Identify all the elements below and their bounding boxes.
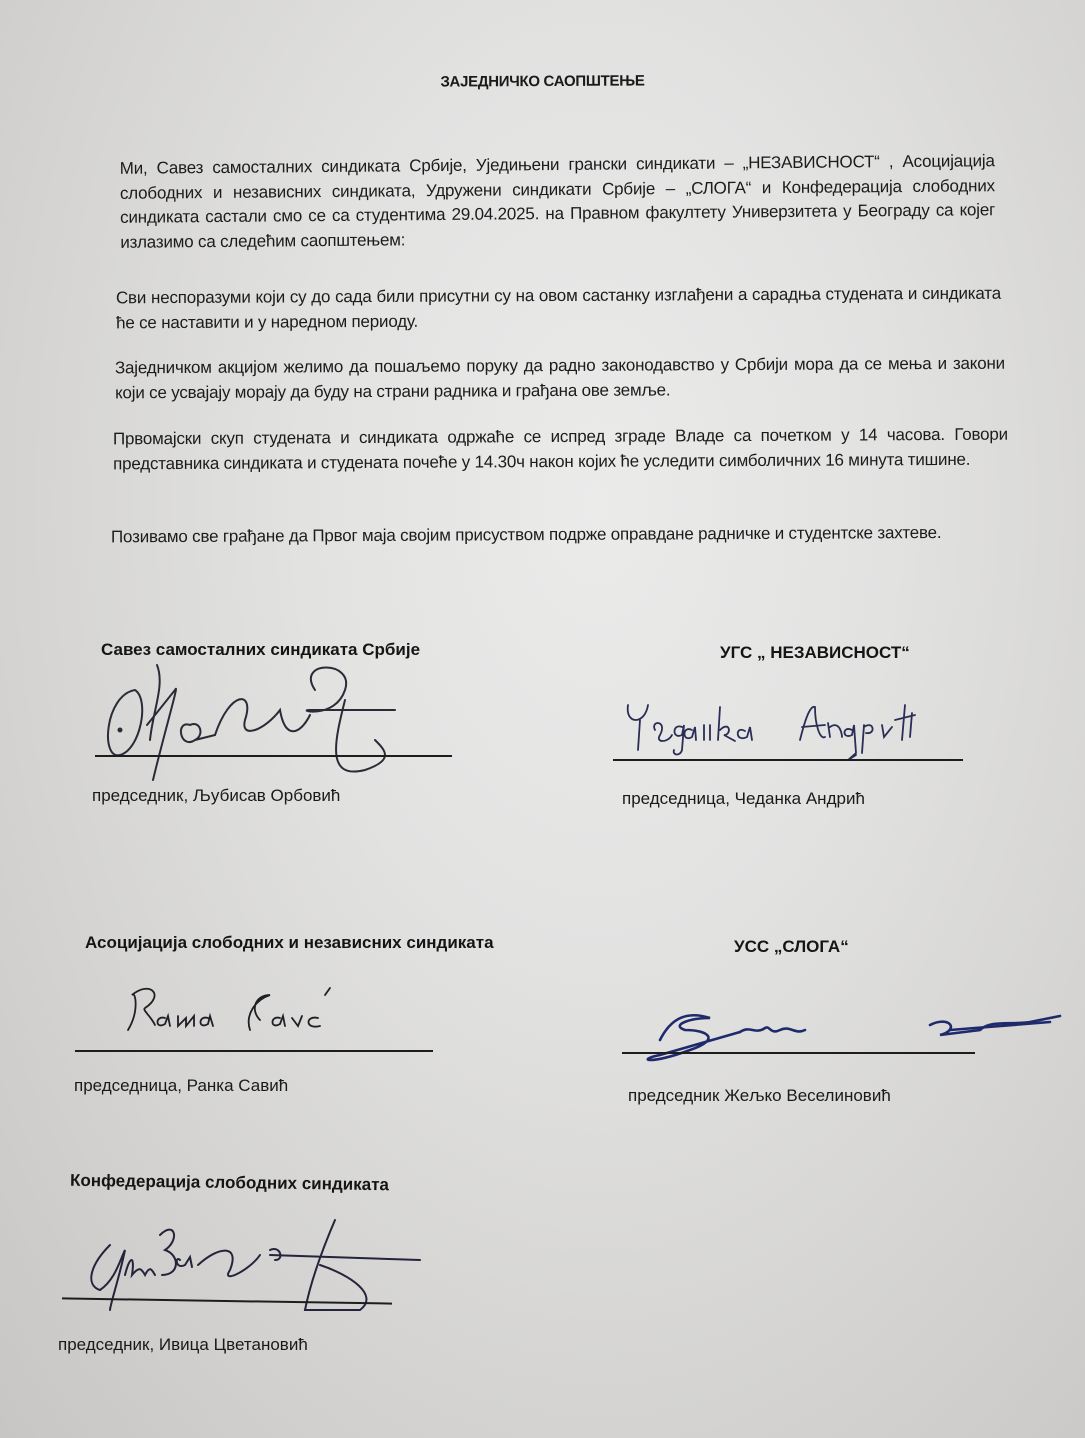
- organization-name: Конфедерација слободних синдиката: [70, 1171, 389, 1195]
- paragraph-intro: Ми, Савез самосталних синдиката Србије, …: [120, 149, 996, 255]
- paragraph-call-to-citizens: Позивамо све грађане да Првог маја своји…: [111, 521, 1006, 550]
- signature-line: [622, 1052, 975, 1054]
- signature-savic-icon: [120, 980, 360, 1040]
- signature-line: [613, 759, 963, 761]
- signature-veselinovic-icon: [630, 1000, 1070, 1070]
- signature-andric-icon: [620, 695, 950, 765]
- signature-cvetanovic-icon: [80, 1215, 480, 1325]
- signature-orbovic-icon: [95, 650, 435, 780]
- document-title: ЗАЈЕДНИЧКО САОПШТЕЊЕ: [0, 70, 1085, 93]
- signer-name: председник, Ивица Цветановић: [58, 1335, 308, 1355]
- signature-line: [75, 1050, 433, 1052]
- signer-name: председник Жељко Веселиновић: [628, 1086, 891, 1106]
- organization-name: УСС „СЛОГА“: [734, 937, 849, 957]
- signer-name: председница, Ранка Савић: [74, 1076, 288, 1096]
- paragraph-agreement: Сви неспоразуми који су до сада били при…: [116, 282, 1001, 336]
- organization-name: Асоцијација слободних и независних синди…: [85, 933, 494, 953]
- paragraph-message: Заједничком акцијом желимо да пошаљемо п…: [115, 352, 1005, 406]
- signer-name: председница, Чеданка Андрић: [622, 789, 865, 809]
- signer-name: председник, Љубисав Орбовић: [92, 786, 340, 806]
- organization-name: УГС „ НЕЗАВИСНОСТ“: [720, 643, 910, 663]
- signature-line: [95, 755, 452, 757]
- paragraph-rally-details: Првомајски скуп студената и синдиката од…: [113, 423, 1008, 477]
